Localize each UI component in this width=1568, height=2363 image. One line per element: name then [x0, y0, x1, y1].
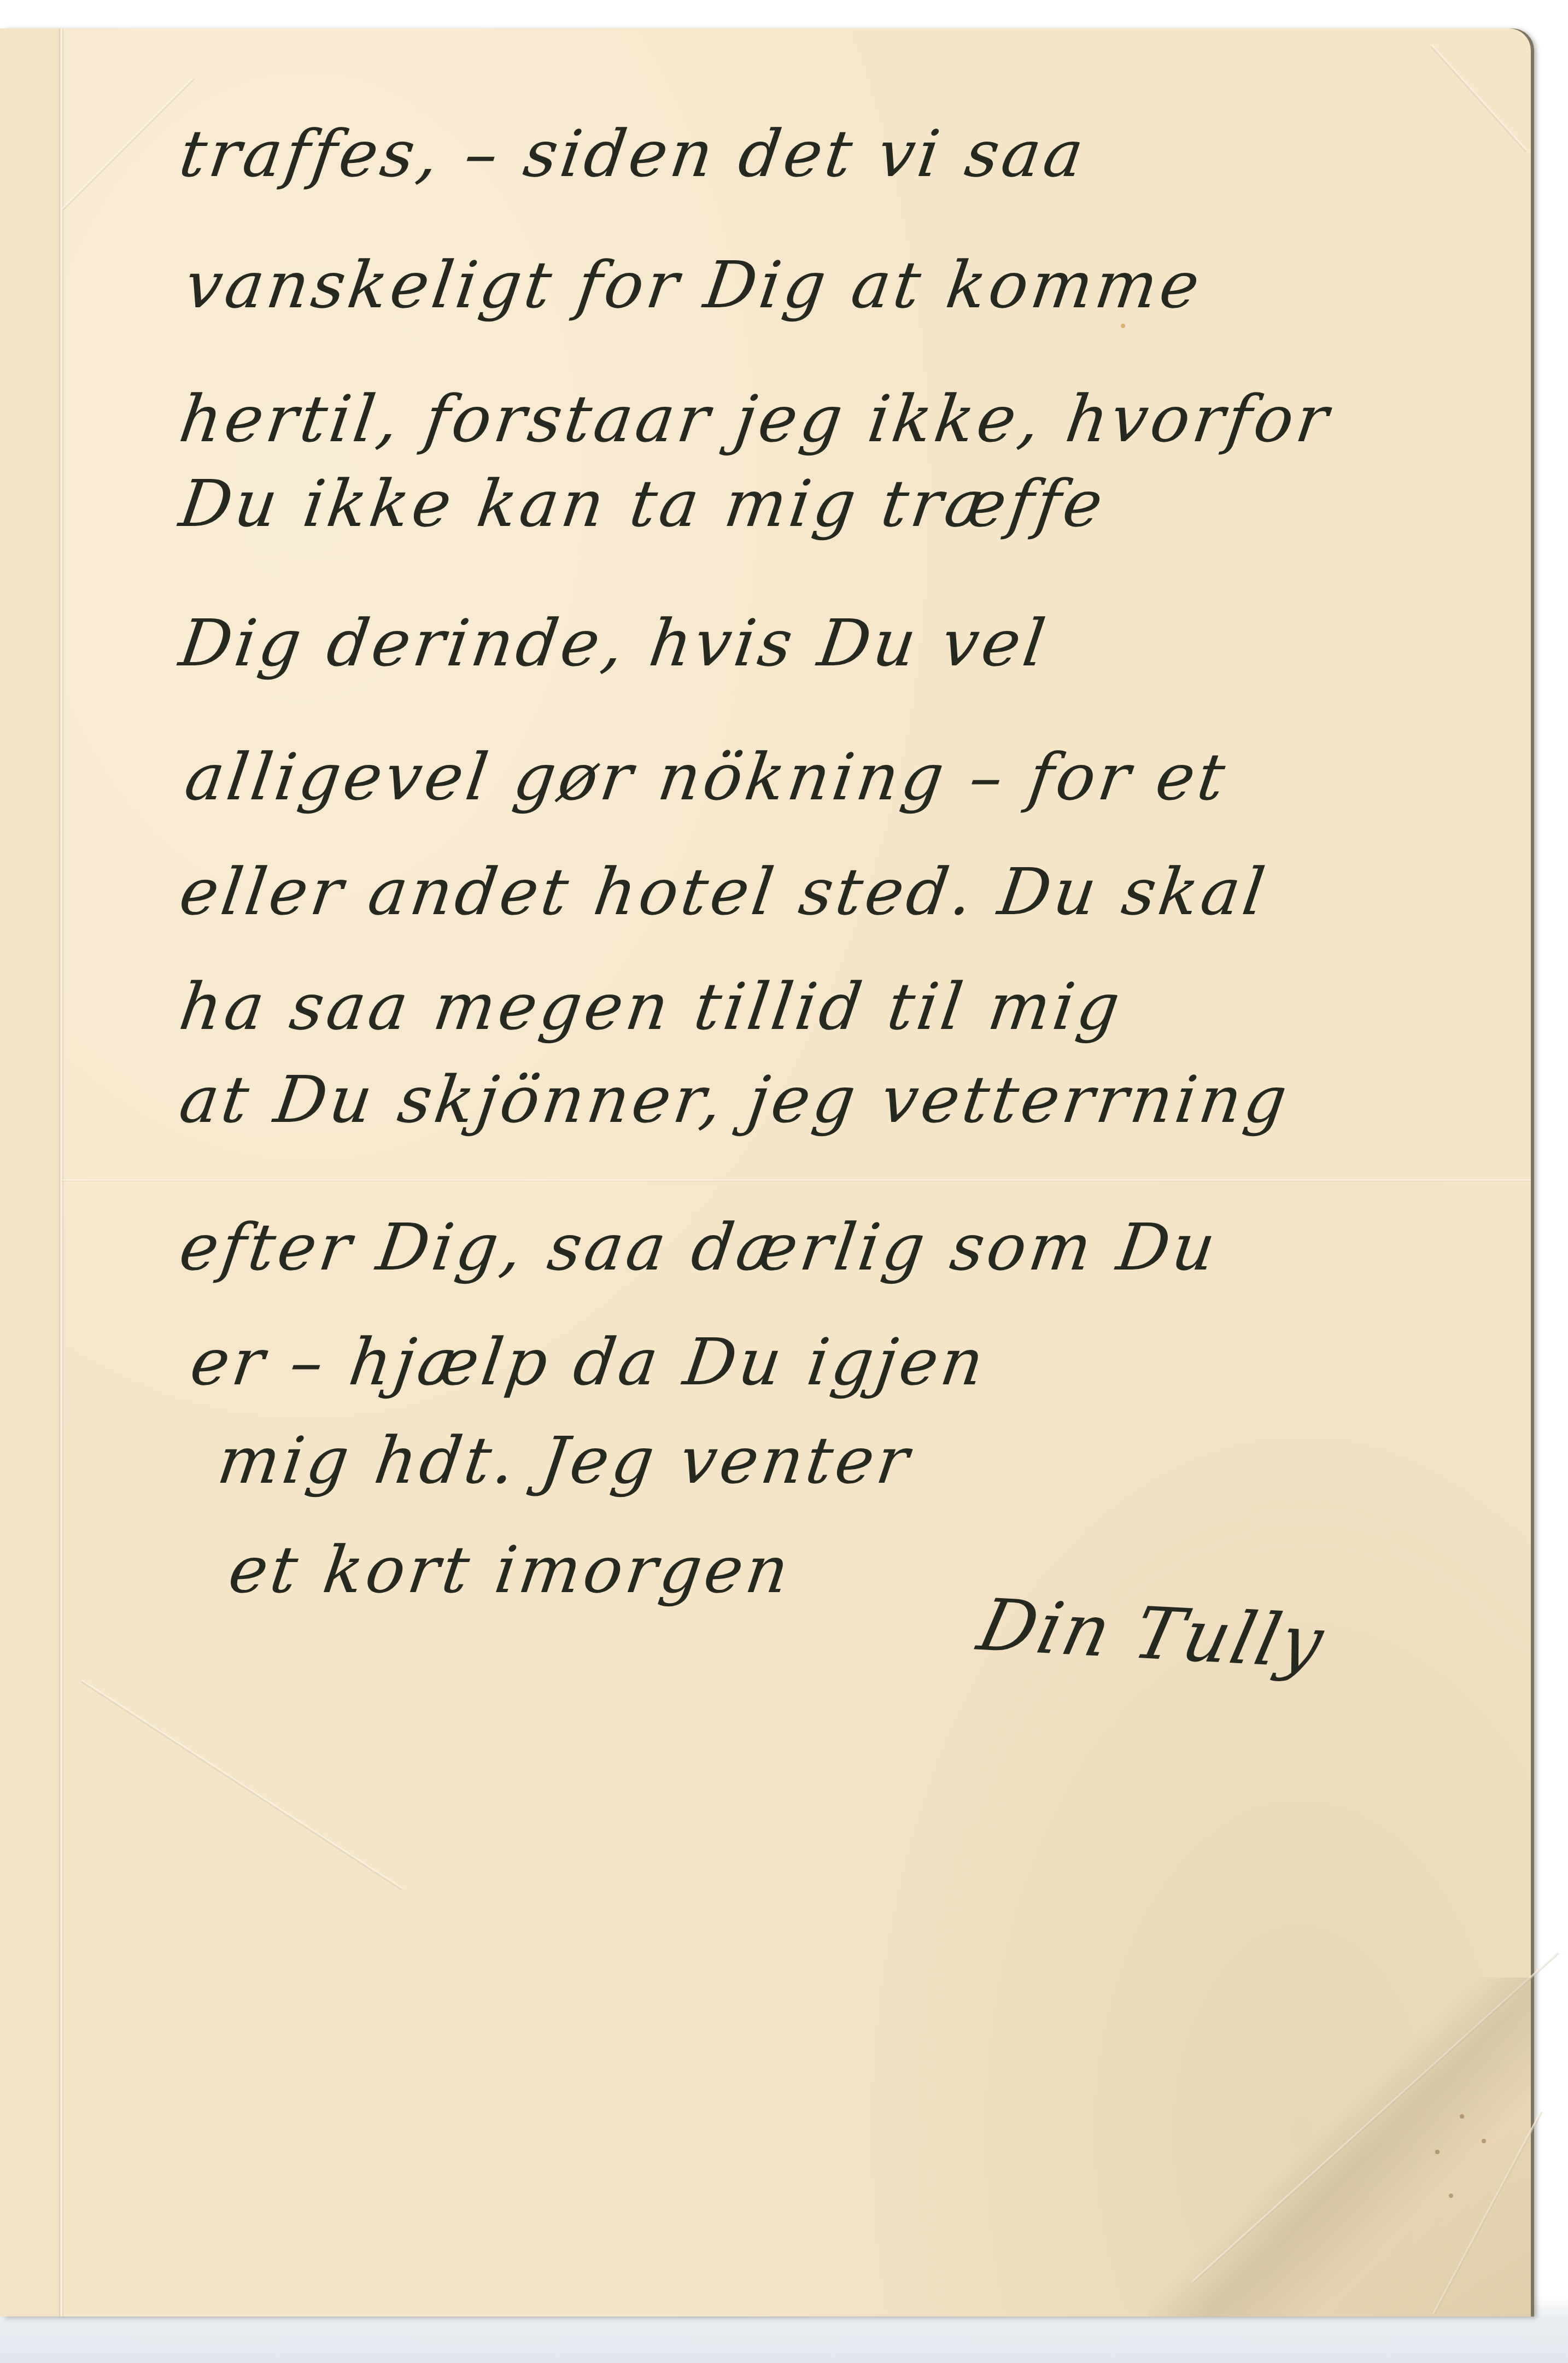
foxing-spot	[1121, 324, 1125, 328]
foxing-spot	[1460, 2114, 1464, 2119]
letter-sheet: traffes, – siden det vi saa vanskeligt f…	[0, 28, 1531, 2317]
letter-line-11: er – hjælp da Du igjen	[186, 1324, 991, 1400]
letter-line-13: et kort imorgen	[224, 1532, 796, 1607]
letter-line-5: Dig derinde, hvis Du vel	[175, 605, 1053, 681]
center-fold-crease	[59, 28, 63, 2317]
letter-line-3: hertil, forstaar jeg ikke, hvorfor	[175, 381, 1336, 457]
letter-line-6: alligevel gør nökning – for et	[180, 739, 1232, 815]
letter-line-1: traffes, – siden det vi saa	[175, 116, 1091, 191]
signature: Din Tully	[971, 1583, 1333, 1684]
foxing-spot	[1482, 2139, 1486, 2143]
letter-line-2: vanskeligt for Dig at komme	[180, 247, 1207, 323]
paper-crease-horizontal	[61, 1179, 1531, 1181]
letter-line-10: efter Dig, saa dærlig som Du	[175, 1209, 1223, 1285]
letter-line-4: Du ikke kan ta mig træffe	[175, 466, 1110, 541]
letter-line-12: mig hdt. Jeg venter	[213, 1423, 916, 1498]
paper-crease-top-right	[1430, 45, 1528, 153]
letter-line-9: at Du skjönner, jeg vetterrning	[175, 1062, 1294, 1137]
adjacent-page-edge	[0, 28, 61, 2317]
foxing-spot	[1435, 2150, 1440, 2154]
aged-corner-stain	[1148, 1978, 1531, 2317]
foxing-spot	[1449, 2194, 1453, 2198]
paper-crease-lower-left	[80, 1680, 403, 1890]
letter-line-7: eller andet hotel sted. Du skal	[175, 854, 1272, 929]
letter-line-8: ha saa megen tillid til mig	[175, 969, 1127, 1044]
